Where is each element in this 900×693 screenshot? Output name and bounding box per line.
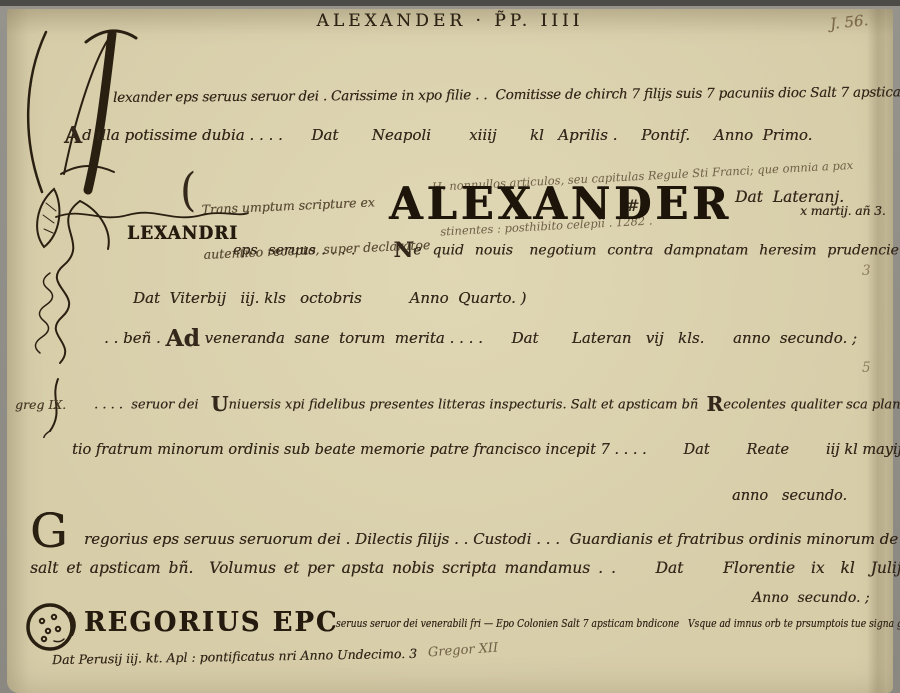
margin-number-3: 3 [862,263,871,280]
gregorius-initial-g: G [30,503,68,562]
letter4-line1: regorius eps seruus seruorum dei . Dilec… [84,530,900,549]
manuscript-photo: ALEXANDER · P̃P. IIII J. 56. lexander ep… [0,0,900,693]
letter2-line3-initial: Ad [166,325,200,352]
letter4-line2: salt et apsticam bñ. Volumus et per apst… [30,559,900,578]
letter2-line3: . . beñ . Ad veneranda sane torum merita… [104,324,857,353]
letter2-dateline-viterbo: Dat Viterbij iij. kls octobris Anno Quar… [133,289,526,308]
alexandri-ornate-word: lexandri [127,213,238,247]
letter2-line1-initial: N [393,238,413,263]
letter3-line1-pre: . . . . seruor dei [94,398,211,413]
letter2-dateline-day: x martij. añ 3. [800,203,886,219]
letter2-line3-pre: . . beñ . [104,329,166,347]
ornate-g-initial-drawing [24,599,80,657]
letter3-anno: anno secundo. [732,487,847,505]
page-title: ALEXANDER · P̃P. IIII [317,11,584,32]
letter2-line1: eps seruus . . . . Ne quid nouis negotiu… [233,237,900,264]
letter2-line1-pre: eps seruus . . . . [233,242,393,258]
letter3-line1-end: ecolentes qualiter sca plantatio [723,398,900,413]
gregorius-display-name: REGORIUS EPC [84,606,339,640]
letter2-line3-text: veneranda sane torum merita . . . . Dat … [200,329,857,347]
alexander-display-name: ALEXANDER [389,177,732,233]
margin-number-5: 5 [862,360,871,377]
letter3-line1-mid: niuersis xpi fidelibus presentes littera… [228,398,706,413]
initial-a-drawing [16,24,150,196]
letter4-anno: Anno secundo. ; [752,590,870,608]
margin-greg-ix: greg IX. [15,397,66,413]
letter1-line2-initial: A [64,122,82,149]
letter3-universis-initial: U [211,392,229,416]
letter3-line1: . . . . seruor dei Uniuersis xpi fidelib… [94,392,900,417]
folio-mark: J. 56. [829,11,869,34]
letter3-line2: tio fratrum minorum ordinis sub beate me… [72,441,900,459]
letter3-recolentes-initial: R [706,392,723,416]
letter5-text: seruus seruor dei venerabili fri — Epo C… [336,616,900,630]
letter2-line1-text: e quid nouis negotium contra dampnatam h… [413,242,900,258]
